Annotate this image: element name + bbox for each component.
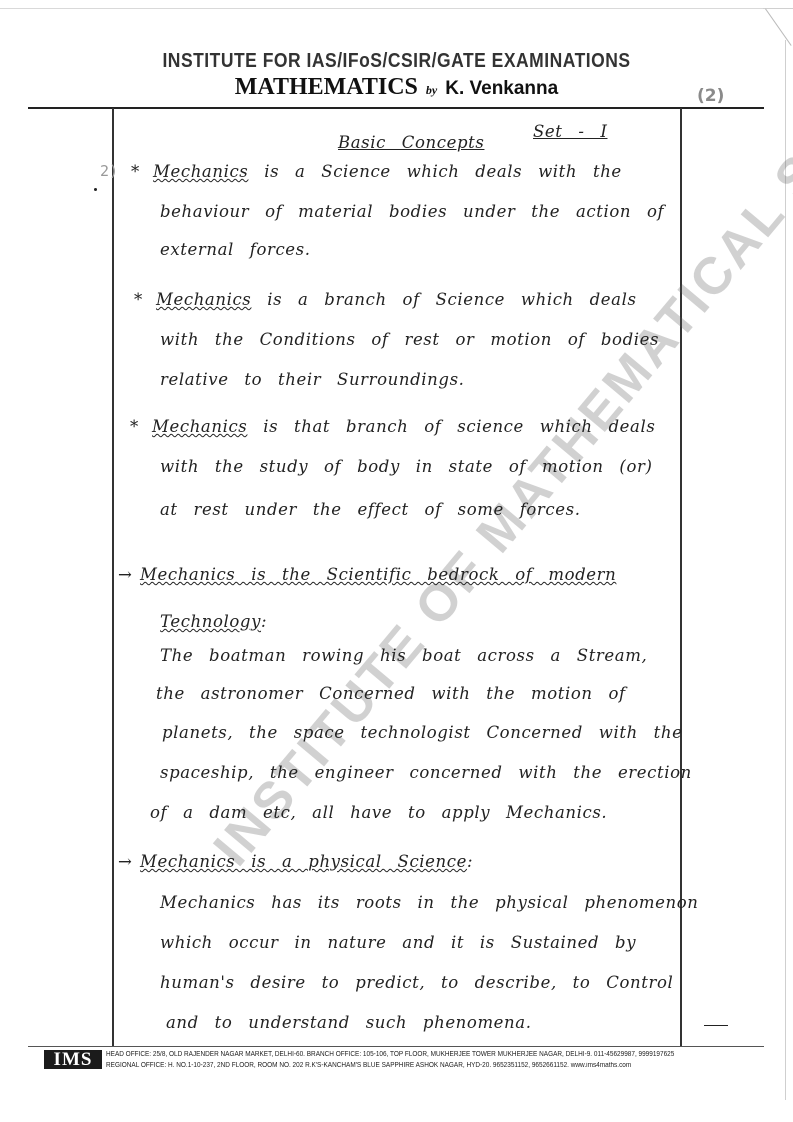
subject-heading: MATHEMATICS by K. Venkanna xyxy=(0,74,793,101)
margin-dash xyxy=(704,1025,728,1026)
note-text: of a dam etc, all have to apply Mechanic… xyxy=(150,803,607,822)
asterisk-bullet-icon: * xyxy=(134,290,156,309)
ink-dot xyxy=(94,188,97,191)
note-text: behaviour of material bodies under the a… xyxy=(160,202,664,221)
note-text: which occur in nature and it is Sustaine… xyxy=(160,933,636,952)
note-text: and to understand such phenomena. xyxy=(166,1013,532,1032)
note-text: external forces. xyxy=(160,240,311,259)
set-label: Set - I xyxy=(533,122,607,141)
regional-office-address: REGIONAL OFFICE: H. NO.1-10-237, 2ND FLO… xyxy=(106,1062,631,1069)
note-text: planets, the space technologist Concerne… xyxy=(162,723,682,742)
note-line: at rest under the effect of some forces. xyxy=(160,500,581,519)
logo-stripe xyxy=(44,1069,102,1072)
note-line: Technology: xyxy=(160,612,267,631)
arrow-bullet-icon: → xyxy=(118,852,140,871)
note-line: behaviour of material bodies under the a… xyxy=(160,202,664,221)
by-label: by xyxy=(426,83,437,97)
note-line: *Mechanics is a branch of Science which … xyxy=(134,290,637,309)
note-line: with the Conditions of rest or motion of… xyxy=(160,330,659,349)
folded-page-corner xyxy=(763,8,793,49)
note-line: →Mechanics is a physical Science: xyxy=(118,852,473,871)
note-line: human's desire to predict, to describe, … xyxy=(160,973,673,992)
note-text: is that branch of science which deals xyxy=(247,417,655,436)
note-line: and to understand such phenomena. xyxy=(166,1013,532,1032)
page-edge xyxy=(0,8,765,9)
underlined-term: Mechanics xyxy=(153,162,248,181)
institute-heading: INSTITUTE FOR IAS/IFoS/CSIR/GATE EXAMINA… xyxy=(0,48,793,72)
note-line: spaceship, the engineer concerned with t… xyxy=(160,763,692,782)
asterisk-bullet-icon: * xyxy=(131,162,153,181)
author-name: K. Venkanna xyxy=(445,78,558,99)
note-text: human's desire to predict, to describe, … xyxy=(160,973,673,992)
note-text: is a branch of Science which deals xyxy=(251,290,636,309)
underlined-term: Mechanics is a physical Science xyxy=(140,852,467,871)
note-line: planets, the space technologist Concerne… xyxy=(162,723,682,742)
note-text: : xyxy=(261,612,267,631)
subject-title: MATHEMATICS xyxy=(235,74,418,100)
note-line: the astronomer Concerned with the motion… xyxy=(156,684,626,703)
underlined-term: Mechanics xyxy=(152,417,247,436)
note-text: the astronomer Concerned with the motion… xyxy=(156,684,626,703)
note-text: with the Conditions of rest or motion of… xyxy=(160,330,659,349)
note-line: external forces. xyxy=(160,240,311,259)
note-line: which occur in nature and it is Sustaine… xyxy=(160,933,636,952)
note-line: *Mechanics is that branch of science whi… xyxy=(130,417,655,436)
note-text: The boatman rowing his boat across a Str… xyxy=(160,646,647,665)
note-text: : xyxy=(467,852,473,871)
note-text: at rest under the effect of some forces. xyxy=(160,500,581,519)
underlined-term: Mechanics is the Scientific bedrock of m… xyxy=(140,565,616,584)
page-number: (2) xyxy=(697,86,724,106)
footer-divider xyxy=(28,1046,764,1047)
note-text: Mechanics has its roots in the physical … xyxy=(160,893,699,912)
note-line: *Mechanics is a Science which deals with… xyxy=(131,162,622,181)
ims-logo: IMS xyxy=(44,1050,102,1072)
note-line: →Mechanics is the Scientific bedrock of … xyxy=(118,565,616,584)
underlined-term: Technology xyxy=(160,612,261,631)
note-text: is a Science which deals with the xyxy=(248,162,621,181)
notes-title: Basic Concepts xyxy=(338,133,484,152)
head-office-address: HEAD OFFICE: 25/8, OLD RAJENDER NAGAR MA… xyxy=(106,1051,674,1058)
margin-annotation: 2) xyxy=(100,162,118,180)
note-text: spaceship, the engineer concerned with t… xyxy=(160,763,692,782)
arrow-bullet-icon: → xyxy=(118,565,140,584)
asterisk-bullet-icon: * xyxy=(130,417,152,436)
note-line: Mechanics has its roots in the physical … xyxy=(160,893,699,912)
page-edge xyxy=(785,40,786,1100)
note-text: with the study of body in state of motio… xyxy=(160,457,653,476)
note-line: of a dam etc, all have to apply Mechanic… xyxy=(150,803,607,822)
underlined-term: Mechanics xyxy=(156,290,251,309)
note-line: The boatman rowing his boat across a Str… xyxy=(160,646,647,665)
note-text: relative to their Surroundings. xyxy=(160,370,464,389)
note-line: relative to their Surroundings. xyxy=(160,370,464,389)
note-line: with the study of body in state of motio… xyxy=(160,457,653,476)
logo-text: IMS xyxy=(54,1049,93,1070)
